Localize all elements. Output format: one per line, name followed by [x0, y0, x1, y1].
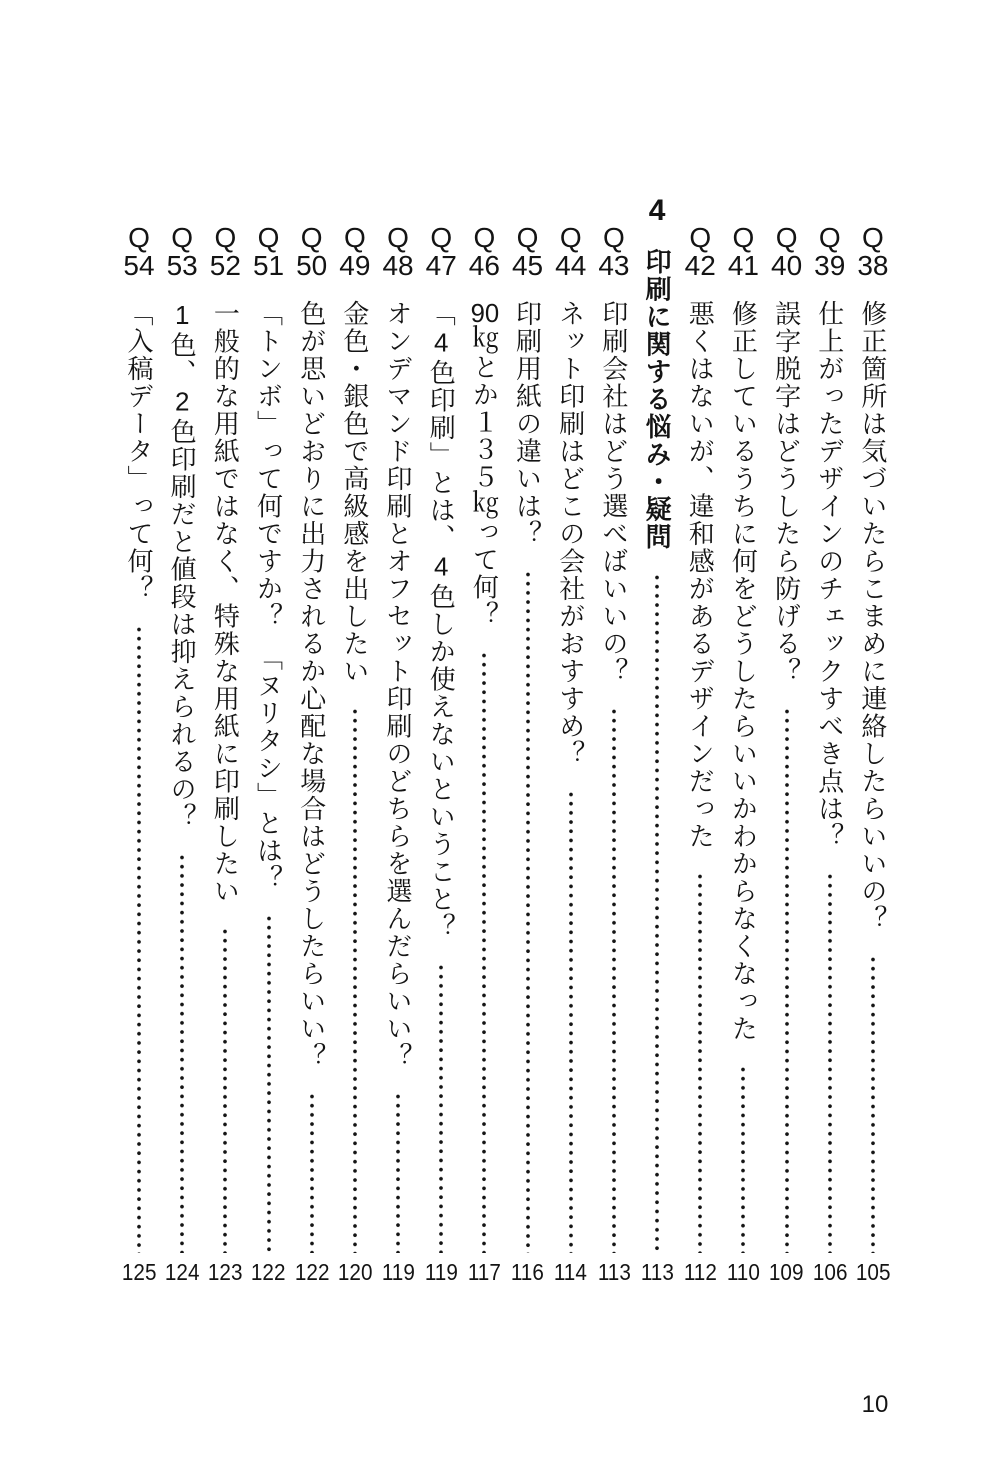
question-title: 修正しているうちに何をどうしたらいいかわからなくなった [725, 300, 761, 1043]
entry-page-number: 120 [338, 1259, 373, 1285]
question-number: 42 [685, 252, 716, 280]
section-title: 印刷に関する悩み・疑問 [639, 248, 675, 551]
question-letter: Q [214, 224, 236, 252]
question-number: 48 [382, 252, 413, 280]
toc-page: Q 38 修正箇所は気づいたらこまめに連絡したらいいの？ 105 Q 39 仕上… [0, 0, 1008, 1480]
question-title: オンデマンド印刷とオフセット印刷のどちらを選んだらいい？ [380, 300, 416, 1070]
question-number: 54 [123, 252, 154, 280]
question-label: Q 51 [253, 224, 284, 280]
dotted-leader [223, 927, 227, 1253]
question-label: Q 43 [598, 224, 629, 280]
question-title: 印刷会社はどう選べばいいの？ [596, 300, 632, 685]
question-letter: Q [387, 224, 409, 252]
entry-page-number: 122 [294, 1259, 329, 1285]
question-letter: Q [301, 224, 323, 252]
dotted-leader [353, 707, 357, 1253]
dotted-leader [180, 853, 184, 1254]
question-label: Q 41 [728, 224, 759, 280]
toc-entry: Q 41 修正しているうちに何をどうしたらいいかわからなくなった 110 [725, 224, 761, 1285]
entry-page-number: 123 [208, 1259, 243, 1285]
toc-section-header: 4 印刷に関する悩み・疑問 113 [639, 196, 675, 1285]
toc-entry: Q 53 1色、2色印刷だと値段は抑えられるの？ 124 [164, 224, 200, 1285]
question-number: 49 [339, 252, 370, 280]
toc-columns: Q 38 修正箇所は気づいたらこまめに連絡したらいいの？ 105 Q 39 仕上… [121, 224, 891, 1285]
dotted-leader [137, 625, 141, 1254]
page-folio: 10 [850, 1392, 900, 1418]
question-letter: Q [560, 224, 582, 252]
question-number: 44 [555, 252, 586, 280]
question-title: 色が思いどおりに出力されるか心配な場合はどうしたらいい？ [294, 300, 330, 1070]
toc-entry: Q 47 「4色印刷」とは、4色しか使えないということ？ 119 [423, 224, 459, 1285]
toc-entry: Q 46 90㎏とか１３５㎏って何？ 117 [466, 224, 502, 1285]
entry-page-number: 105 [856, 1259, 891, 1285]
question-number: 46 [469, 252, 500, 280]
dotted-leader [871, 955, 875, 1254]
dotted-leader [439, 963, 443, 1254]
question-number: 43 [598, 252, 629, 280]
question-label: Q 39 [814, 224, 845, 280]
toc-entry: Q 42 悪くはないが、違和感があるデザインだった 112 [682, 224, 718, 1285]
question-number: 45 [512, 252, 543, 280]
question-title: 「4色印刷」とは、4色しか使えないということ？ [423, 300, 459, 941]
toc-entry: Q 52 一般的な用紙ではなく、特殊な用紙に印刷したい 123 [207, 224, 243, 1285]
entry-page-number: 122 [251, 1259, 286, 1285]
question-number: 40 [771, 252, 802, 280]
dotted-leader [526, 570, 530, 1254]
entry-page-number: 113 [597, 1259, 630, 1285]
question-letter: Q [862, 224, 884, 252]
question-label: Q 46 [469, 224, 500, 280]
question-letter: Q [171, 224, 193, 252]
question-letter: Q [689, 224, 711, 252]
entry-page-number: 117 [468, 1259, 501, 1285]
toc-entry: Q 51 「トンボ」って何ですか？ 「ヌリタシ」とは？ 122 [251, 224, 287, 1285]
section-number: 4 [649, 196, 666, 226]
dotted-leader [482, 651, 486, 1254]
toc-entry: Q 45 印刷用紙の違いは？ 116 [510, 224, 546, 1285]
question-title: 仕上がったデザインのチェックすべき点は？ [812, 300, 848, 850]
question-letter: Q [733, 224, 755, 252]
toc-entry: Q 50 色が思いどおりに出力されるか心配な場合はどうしたらいい？ 122 [294, 224, 330, 1285]
entry-page-number: 110 [727, 1259, 760, 1285]
question-letter: Q [517, 224, 539, 252]
question-label: Q 48 [382, 224, 413, 280]
question-label: Q 54 [123, 224, 154, 280]
question-number: 47 [426, 252, 457, 280]
toc-entry: Q 43 印刷会社はどう選べばいいの？ 113 [596, 224, 632, 1285]
entry-page-number: 125 [122, 1259, 157, 1285]
question-label: Q 49 [339, 224, 370, 280]
question-label: Q 42 [685, 224, 716, 280]
question-label: Q 38 [857, 224, 888, 280]
question-title: 「入稿データ」って何？ [121, 300, 157, 603]
question-title: 悪くはないが、違和感があるデザインだった [682, 300, 718, 850]
dotted-leader [612, 707, 616, 1253]
question-label: Q 53 [167, 224, 198, 280]
toc-entry: Q 40 誤字脱字はどうしたら防げる？ 109 [769, 224, 805, 1285]
question-label: Q 50 [296, 224, 327, 280]
question-number: 38 [857, 252, 888, 280]
entry-page-number: 112 [684, 1259, 717, 1285]
question-title: 一般的な用紙ではなく、特殊な用紙に印刷したい [207, 300, 243, 905]
question-title: 印刷用紙の違いは？ [510, 300, 546, 548]
dotted-leader [698, 872, 702, 1253]
question-label: Q 44 [555, 224, 586, 280]
question-letter: Q [430, 224, 452, 252]
question-label: Q 40 [771, 224, 802, 280]
entry-page-number: 109 [769, 1259, 804, 1285]
section-page-number: 113 [641, 1259, 674, 1285]
dotted-leader [396, 1092, 400, 1253]
toc-entry: Q 38 修正箇所は気づいたらこまめに連絡したらいいの？ 105 [855, 224, 891, 1285]
question-title: 90㎏とか１３５㎏って何？ [466, 300, 502, 629]
question-label: Q 47 [426, 224, 457, 280]
question-title: 誤字脱字はどうしたら防げる？ [769, 300, 805, 685]
question-number: 41 [728, 252, 759, 280]
question-title: 1色、2色印刷だと値段は抑えられるの？ [164, 300, 200, 831]
entry-page-number: 114 [554, 1259, 587, 1285]
dotted-leader [828, 872, 832, 1253]
toc-entry: Q 49 金色・銀色で高級感を出したい 120 [337, 224, 373, 1285]
question-number: 52 [210, 252, 241, 280]
dotted-leader [655, 573, 659, 1254]
entry-page-number: 119 [425, 1259, 458, 1285]
toc-entry: Q 54 「入稿データ」って何？ 125 [121, 224, 157, 1285]
question-title: 修正箇所は気づいたらこまめに連絡したらいいの？ [855, 300, 891, 933]
question-letter: Q [258, 224, 280, 252]
entry-page-number: 106 [812, 1259, 847, 1285]
question-letter: Q [603, 224, 625, 252]
question-number: 53 [167, 252, 198, 280]
dotted-leader [310, 1092, 314, 1253]
question-title: 金色・銀色で高級感を出したい [337, 300, 373, 685]
question-number: 50 [296, 252, 327, 280]
question-title: ネット印刷はどこの会社がおすすめ？ [553, 300, 589, 768]
entry-page-number: 116 [511, 1259, 544, 1285]
toc-entry: Q 48 オンデマンド印刷とオフセット印刷のどちらを選んだらいい？ 119 [380, 224, 416, 1285]
dotted-leader [569, 790, 573, 1254]
question-label: Q 52 [210, 224, 241, 280]
question-number: 51 [253, 252, 284, 280]
question-letter: Q [473, 224, 495, 252]
question-letter: Q [819, 224, 841, 252]
toc-entry: Q 44 ネット印刷はどこの会社がおすすめ？ 114 [553, 224, 589, 1285]
question-letter: Q [344, 224, 366, 252]
question-letter: Q [776, 224, 798, 252]
question-letter: Q [128, 224, 150, 252]
toc-entry: Q 39 仕上がったデザインのチェックすべき点は？ 106 [812, 224, 848, 1285]
question-label: Q 45 [512, 224, 543, 280]
entry-page-number: 124 [165, 1259, 200, 1285]
question-number: 39 [814, 252, 845, 280]
entry-page-number: 119 [382, 1259, 415, 1285]
dotted-leader [785, 707, 789, 1253]
dotted-leader [741, 1065, 745, 1254]
dotted-leader [267, 914, 271, 1253]
question-title: 「トンボ」って何ですか？ 「ヌリタシ」とは？ [251, 300, 287, 892]
